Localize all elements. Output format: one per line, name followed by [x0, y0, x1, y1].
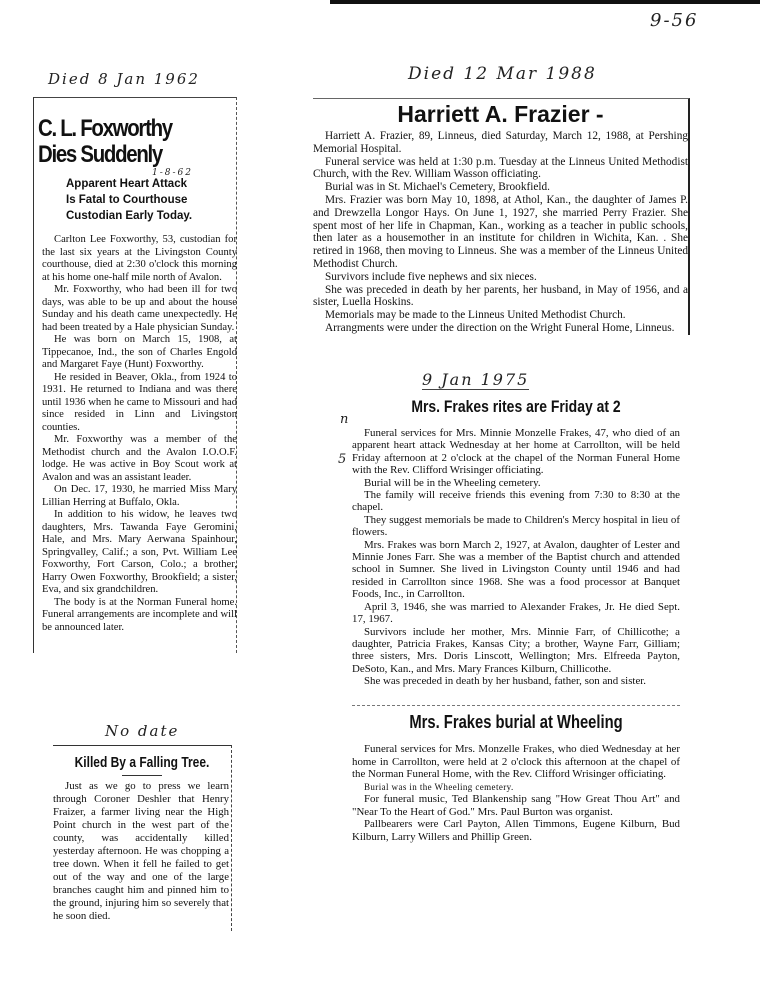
paragraph: Arrangments were under the direction on …	[313, 322, 688, 335]
headline: C. L. Foxworthy Dies Suddenly	[38, 116, 234, 168]
divider	[122, 775, 162, 776]
clipping-frakes-rites: Mrs. Frakes rites are Friday at 2 Funera…	[352, 397, 680, 688]
scan-edge-bar	[330, 0, 760, 4]
paragraph: They suggest memorials be made to Childr…	[352, 514, 680, 539]
headline: Killed By a Falling Tree.	[71, 754, 213, 771]
handwritten-date-foxworthy: Died 8 Jan 1962	[48, 70, 200, 88]
article-body: Carlton Lee Foxworthy, 53, custodian for…	[42, 234, 237, 634]
paragraph: Pallbearers were Carl Payton, Allen Timm…	[352, 818, 680, 843]
article-body: Funeral services for Mrs. Minnie Monzell…	[352, 427, 680, 688]
clipping-falling-tree: Killed By a Falling Tree. Just as we go …	[53, 745, 232, 931]
page-reference-note: 9-56	[650, 10, 698, 31]
paragraph: Burial was in St. Michael's Cemetery, Br…	[313, 181, 688, 194]
paragraph: Mr. Foxworthy, who had been ill for two …	[42, 284, 237, 334]
clipping-foxworthy: C. L. Foxworthy Dies Suddenly 1-8-62 App…	[33, 97, 237, 653]
article-body: Harriett A. Frazier, 89, Linneus, died S…	[313, 130, 688, 335]
paragraph: Funeral services for Mrs. Monzelle Frake…	[352, 743, 680, 781]
paragraph: Harriett A. Frazier, 89, Linneus, died S…	[313, 130, 688, 156]
clipping-frakes-burial: Mrs. Frakes burial at Wheeling Funeral s…	[352, 705, 680, 843]
paragraph: She was preceded in death by her parents…	[313, 284, 688, 310]
paragraph: On Dec. 17, 1930, he married Miss Mary L…	[42, 484, 237, 509]
headline: Harriett A. Frazier -	[313, 101, 688, 128]
paragraph: Mrs. Frakes was born March 2, 1927, at A…	[352, 539, 680, 601]
paragraph: In addition to his widow, he leaves two …	[42, 509, 237, 597]
paragraph: The family will receive friends this eve…	[352, 489, 680, 514]
handwritten-date-frazier: Died 12 Mar 1988	[408, 64, 597, 84]
paragraph: The body is at the Norman Funeral home. …	[42, 597, 237, 635]
subheadline-line: Is Fatal to Courthouse	[66, 192, 236, 208]
paragraph: Memorials may be made to the Linneus Uni…	[313, 309, 688, 322]
handwritten-margin-mark: n	[340, 412, 350, 427]
clipping-frazier: Harriett A. Frazier - Harriett A. Frazie…	[313, 98, 690, 335]
paragraph: Survivors include her mother, Mrs. Minni…	[352, 626, 680, 676]
headline-line: C. L. Foxworthy	[38, 116, 234, 142]
headline: Mrs. Frakes rites are Friday at 2	[382, 397, 651, 417]
paragraph: He resided in Beaver, Okla., from 1924 t…	[42, 372, 237, 435]
paragraph: Funeral services for Mrs. Minnie Monzell…	[352, 427, 680, 477]
paragraph: April 3, 1946, she was married to Alexan…	[352, 601, 680, 626]
paragraph: He was born on March 15, 1908, at Tippec…	[42, 334, 237, 372]
handwritten-margin-mark: 5	[338, 452, 348, 467]
paragraph: Burial will be in the Wheeling cemetery.	[352, 477, 680, 489]
handwritten-date-frakes: 9 Jan 1975	[422, 370, 529, 390]
subheadline-line: Custodian Early Today.	[66, 208, 236, 224]
subheadline-line: Apparent Heart Attack	[66, 176, 236, 192]
paragraph: Funeral service was held at 1:30 p.m. Tu…	[313, 156, 688, 182]
paragraph: For funeral music, Ted Blankenship sang …	[352, 793, 680, 818]
paragraph: Mrs. Frazier was born May 10, 1898, at A…	[313, 194, 688, 271]
paragraph: Just as we go to press we learn through …	[53, 780, 229, 923]
headline-line: Dies Suddenly	[38, 142, 234, 168]
paragraph: Survivors include five nephews and six n…	[313, 271, 688, 284]
paragraph: Burial was in the Wheeling cemetery.	[352, 781, 680, 794]
paragraph: Carlton Lee Foxworthy, 53, custodian for…	[42, 234, 237, 284]
headline: Mrs. Frakes burial at Wheeling	[382, 712, 651, 733]
article-body: Just as we go to press we learn through …	[53, 780, 229, 923]
handwritten-date-tree: No date	[105, 722, 179, 740]
paragraph: She was preceded in death by her husband…	[352, 675, 680, 687]
paragraph: Mr. Foxworthy was a member of the Method…	[42, 434, 237, 484]
handwritten-inline-date: 1-8-62	[152, 168, 193, 178]
subheadline: Apparent Heart Attack Is Fatal to Courth…	[66, 176, 236, 224]
article-body: Funeral services for Mrs. Monzelle Frake…	[352, 743, 680, 843]
